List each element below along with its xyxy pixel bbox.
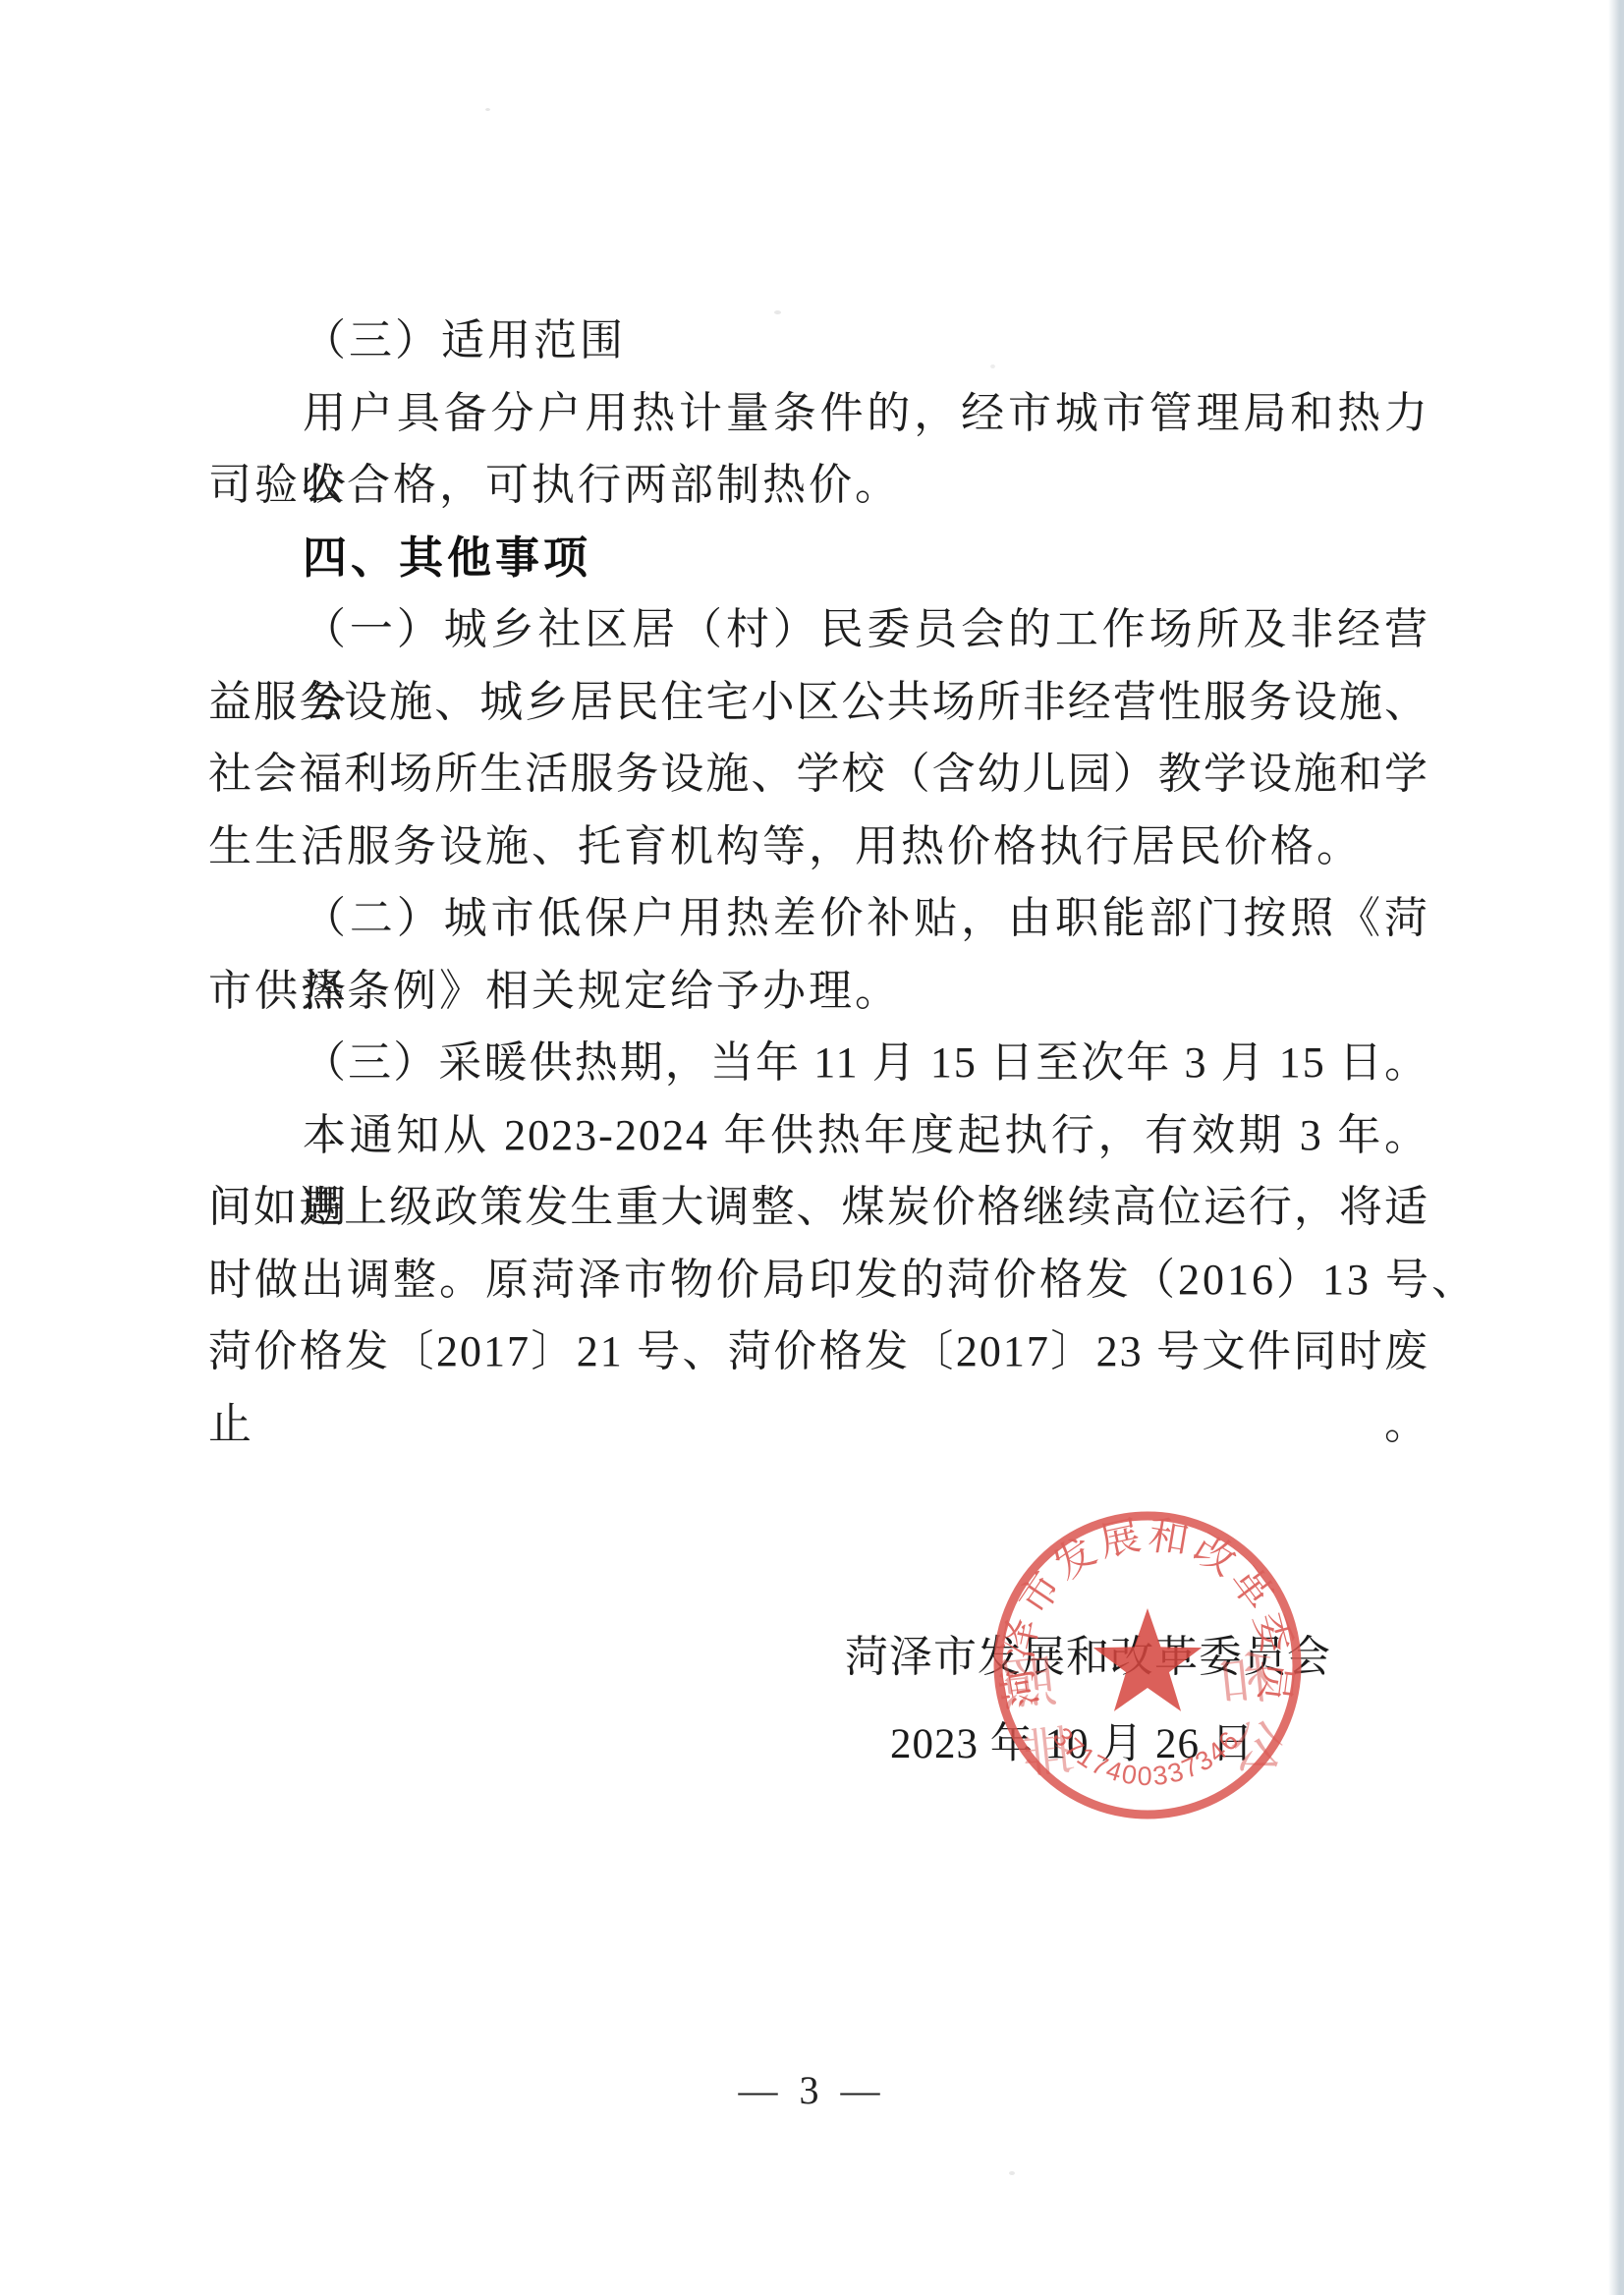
seal-star: [1093, 1608, 1202, 1711]
seal-ghost-glyph: 排: [1018, 1708, 1078, 1788]
text-line: （一）城乡社区居（村）民委员会的工作场所及非经营公: [208, 593, 1429, 666]
page-number: — 3 —: [0, 2067, 1624, 2113]
document-page: （三）适用范围 用户具备分户用热计量条件的，经市城市管理局和热力公 司验收合格，…: [0, 0, 1624, 2295]
text-line: （三）适用范围: [208, 305, 1429, 377]
text-line: 生生活服务设施、托育机构等，用热价格执行居民价格。: [208, 811, 1429, 883]
text-line: 市供热条例》相关规定给予办理。: [208, 955, 1429, 1028]
scan-speck: [774, 310, 781, 314]
text-line: 本通知从 2023-2024 年供热年度起执行，有效期 3 年。期: [208, 1099, 1429, 1172]
scan-speck: [485, 108, 490, 111]
text-line: 益服务设施、城乡居民住宅小区公共场所非经营性服务设施、: [208, 666, 1429, 739]
text-line: 司验收合格，可执行两部制热价。: [208, 449, 1429, 522]
text-line: 菏价格发〔2017〕21 号、菏价格发〔2017〕23 号文件同时废止。: [208, 1315, 1429, 1388]
text-line: 用户具备分户用热计量条件的，经市城市管理局和热力公: [208, 377, 1429, 450]
section-heading: 四、其他事项: [208, 522, 1429, 594]
text-line: 时做出调整。原菏泽市物价局印发的菏价格发（2016）13 号、: [208, 1244, 1429, 1316]
scanner-edge-strip: [1608, 0, 1624, 2295]
text-line: 社会福利场所生活服务设施、学校（含幼儿园）教学设施和学: [208, 738, 1429, 811]
text-line: （二）城市低保户用热差价补贴，由职能部门按照《菏泽: [208, 882, 1429, 955]
scan-speck: [990, 364, 995, 368]
text-line: 间如遇上级政策发生重大调整、煤炭价格继续高位运行，将适: [208, 1171, 1429, 1244]
body-text: （三）适用范围 用户具备分户用热计量条件的，经市城市管理局和热力公 司验收合格，…: [208, 305, 1429, 1388]
seal-ghost-glyph: 公: [1226, 1701, 1288, 1783]
seal-ghost-glyph: 照: [996, 1636, 1060, 1722]
text-line: （三）采暖供热期，当年 11 月 15 日至次年 3 月 15 日。: [208, 1027, 1429, 1099]
scan-speck: [1009, 2171, 1015, 2175]
